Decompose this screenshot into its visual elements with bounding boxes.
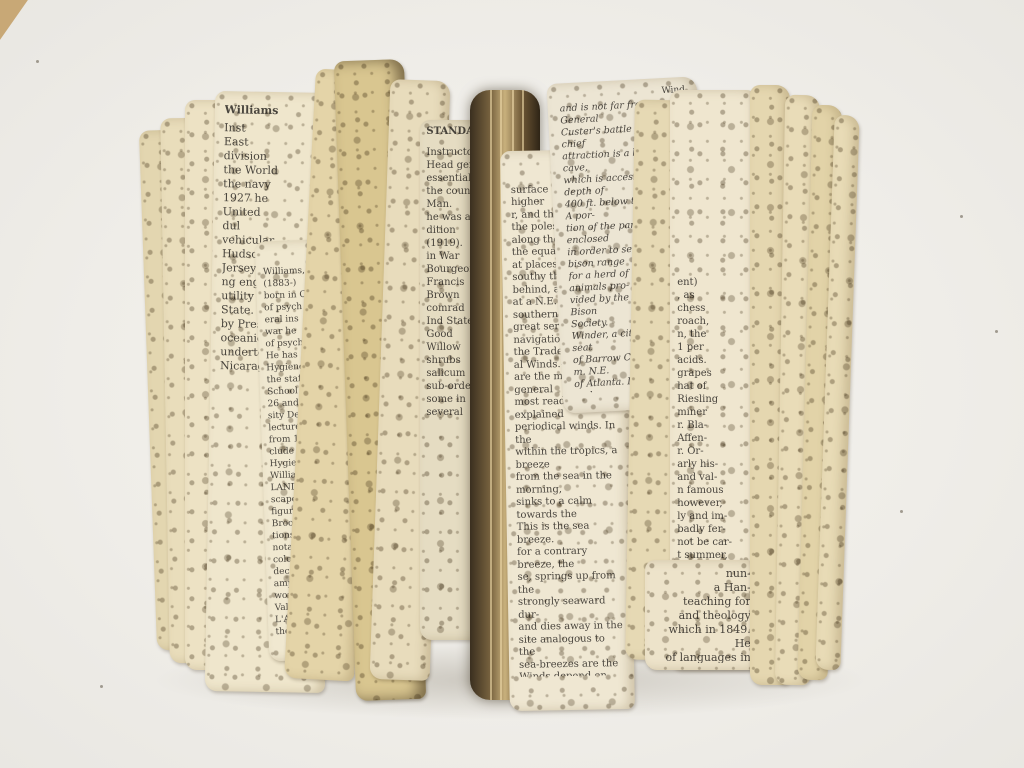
- photo-scene: Williams Inst East division the World th…: [0, 0, 1024, 768]
- right-lower-page: nun- a Han- teaching for and theology wh…: [645, 560, 760, 670]
- weathered-book: Williams Inst East division the World th…: [0, 0, 1024, 768]
